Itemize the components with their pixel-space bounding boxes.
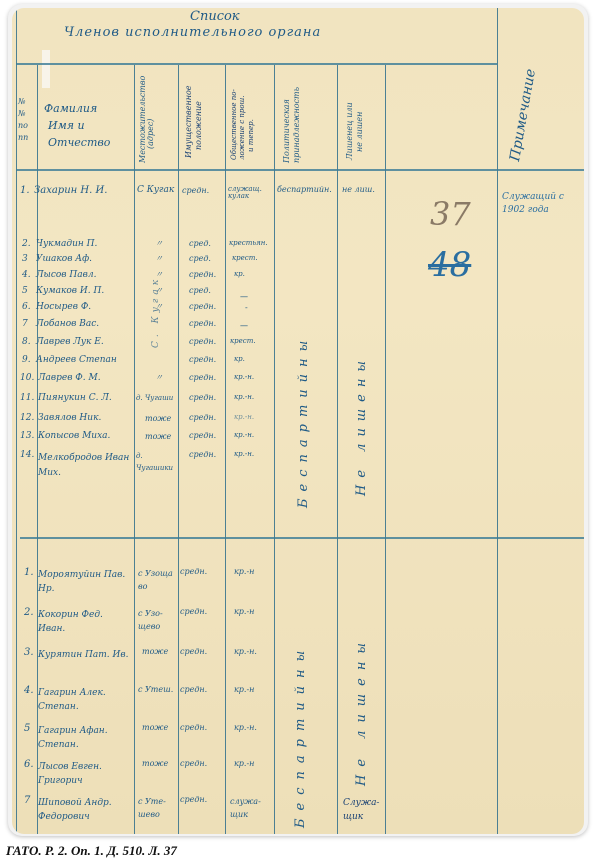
property-column-line [225, 65, 226, 834]
page-number-ink-crossed: 48 [428, 248, 471, 282]
header-property: Имущественное положение [184, 85, 205, 158]
row-note: Служащий с 1902 года [502, 191, 582, 216]
archive-page: Список Членов исполнительного органа № №… [12, 8, 584, 834]
num-column-line [37, 65, 38, 834]
notes-column-line [497, 8, 498, 834]
name-column-line [134, 65, 135, 834]
header-bottom-line [16, 169, 584, 171]
binding-tab [42, 50, 50, 88]
header-social: Общественное по- ложение с прош. и тепер… [230, 89, 255, 160]
disenfr-column-line [385, 65, 386, 834]
disenfr-vertical: Не лишены [355, 354, 368, 496]
address-column-line [178, 65, 179, 834]
social-column-line [274, 65, 275, 834]
archive-citation: ГАТО. Р. 2. Оп. 1. Д. 510. Л. 37 [6, 843, 177, 859]
list-title: Список [190, 10, 240, 23]
party-column-line [337, 65, 338, 834]
party-vertical-2: Беспартийны [294, 643, 307, 828]
section-divider-line [20, 537, 584, 539]
party-vertical: Беспартийны [297, 334, 310, 508]
header-address: Местожительство (адрес) [139, 76, 155, 163]
left-border-line [16, 8, 17, 834]
title-divider-line [16, 63, 497, 65]
header-disenfranchised: Лишенец или не лишен [345, 102, 366, 160]
page-number-pencil: 37 [430, 198, 471, 230]
address-vertical: С. Кугак [152, 276, 161, 348]
header-notes: Примечание [508, 68, 538, 163]
list-subtitle: Членов исполнительного органа [64, 26, 321, 39]
header-party: Политическая принадлежность [282, 87, 303, 163]
disenfr-vertical-2: Не лишены [355, 635, 368, 786]
